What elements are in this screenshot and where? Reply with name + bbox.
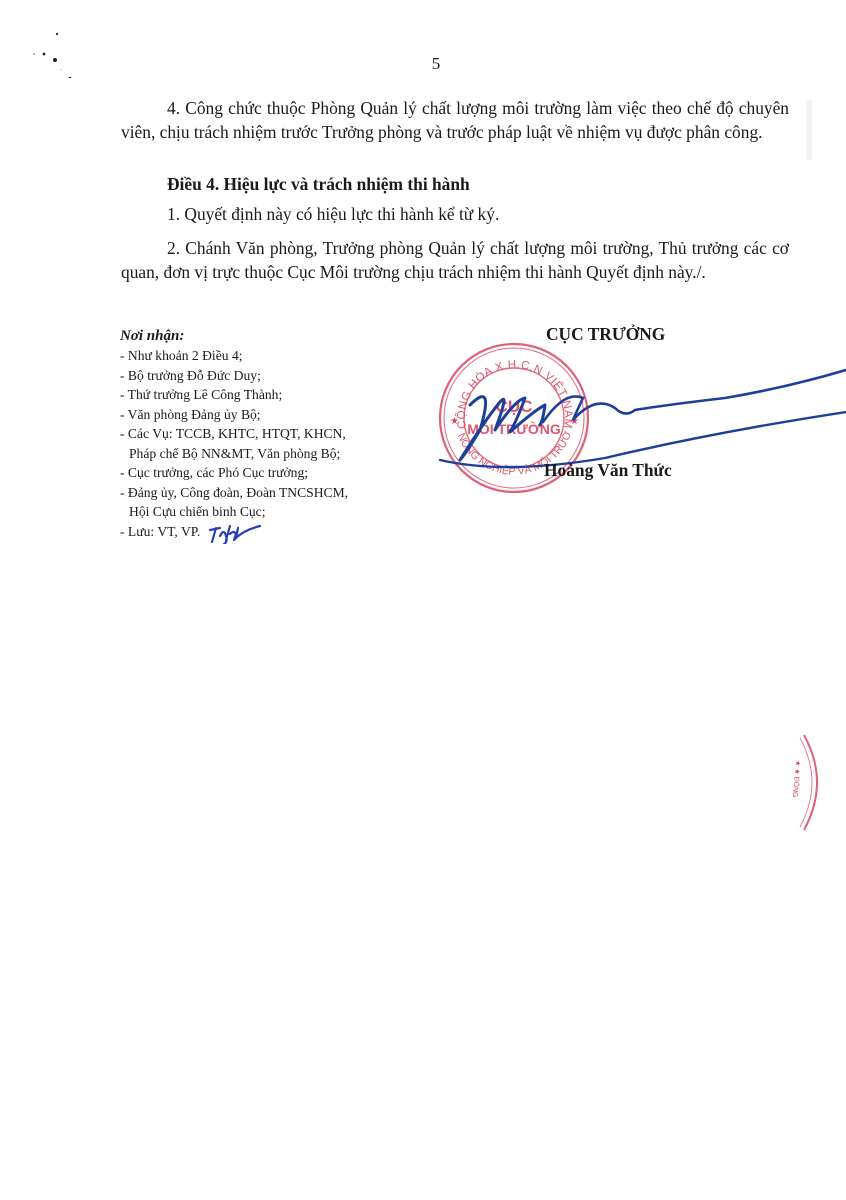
document-page: 5 4. Công chức thuộc Phòng Quản lý chất … bbox=[0, 0, 846, 1200]
article-4-item-1: 1. Quyết định này có hiệu lực thi hành k… bbox=[167, 204, 499, 225]
recipient-item: - Như khoản 2 Điều 4; bbox=[120, 346, 348, 366]
paragraph-4-text: 4. Công chức thuộc Phòng Quản lý chất lư… bbox=[121, 96, 789, 144]
signer-name: Hoàng Văn Thức bbox=[544, 460, 672, 481]
initials-signature-icon bbox=[204, 522, 264, 544]
recipient-item: - Thứ trưởng Lê Công Thành; bbox=[120, 385, 348, 405]
recipient-item-text: - Lưu: VT, VP. bbox=[120, 524, 200, 539]
recipient-item: - Cục trưởng, các Phó Cục trưởng; bbox=[120, 463, 348, 483]
article-4-heading: Điều 4. Hiệu lực và trách nhiệm thi hành bbox=[167, 174, 470, 195]
article-4-item-2-text: 2. Chánh Văn phòng, Trưởng phòng Quản lý… bbox=[121, 236, 789, 284]
recipient-item: Hội Cựu chiến binh Cục; bbox=[120, 502, 348, 522]
recipient-item: - Bộ trưởng Đỗ Đức Duy; bbox=[120, 366, 348, 386]
paragraph-4: 4. Công chức thuộc Phòng Quản lý chất lư… bbox=[121, 96, 789, 144]
recipients-block: Nơi nhận: - Như khoản 2 Điều 4; - Bộ trư… bbox=[120, 326, 348, 544]
page-number: 5 bbox=[0, 54, 846, 74]
recipient-item-archive: - Lưu: VT, VP. bbox=[120, 522, 348, 544]
scan-mark bbox=[806, 100, 812, 160]
recipient-item: Pháp chế Bộ NN&MT, Văn phòng Bộ; bbox=[120, 444, 348, 464]
recipient-item: - Các Vụ: TCCB, KHTC, HTQT, KHCN, bbox=[120, 424, 348, 444]
recipient-item: - Văn phòng Đảng ủy Bộ; bbox=[120, 405, 348, 425]
page-edge-stamp-icon: ★ ★ ĐÓNG bbox=[790, 730, 830, 835]
svg-text:★ ★ ĐÓNG: ★ ★ ĐÓNG bbox=[791, 760, 803, 798]
article-4-item-2: 2. Chánh Văn phòng, Trưởng phòng Quản lý… bbox=[121, 236, 789, 284]
recipients-title: Nơi nhận: bbox=[120, 326, 348, 346]
recipient-item: - Đảng ủy, Công đoàn, Đoàn TNCSHCM, bbox=[120, 483, 348, 503]
